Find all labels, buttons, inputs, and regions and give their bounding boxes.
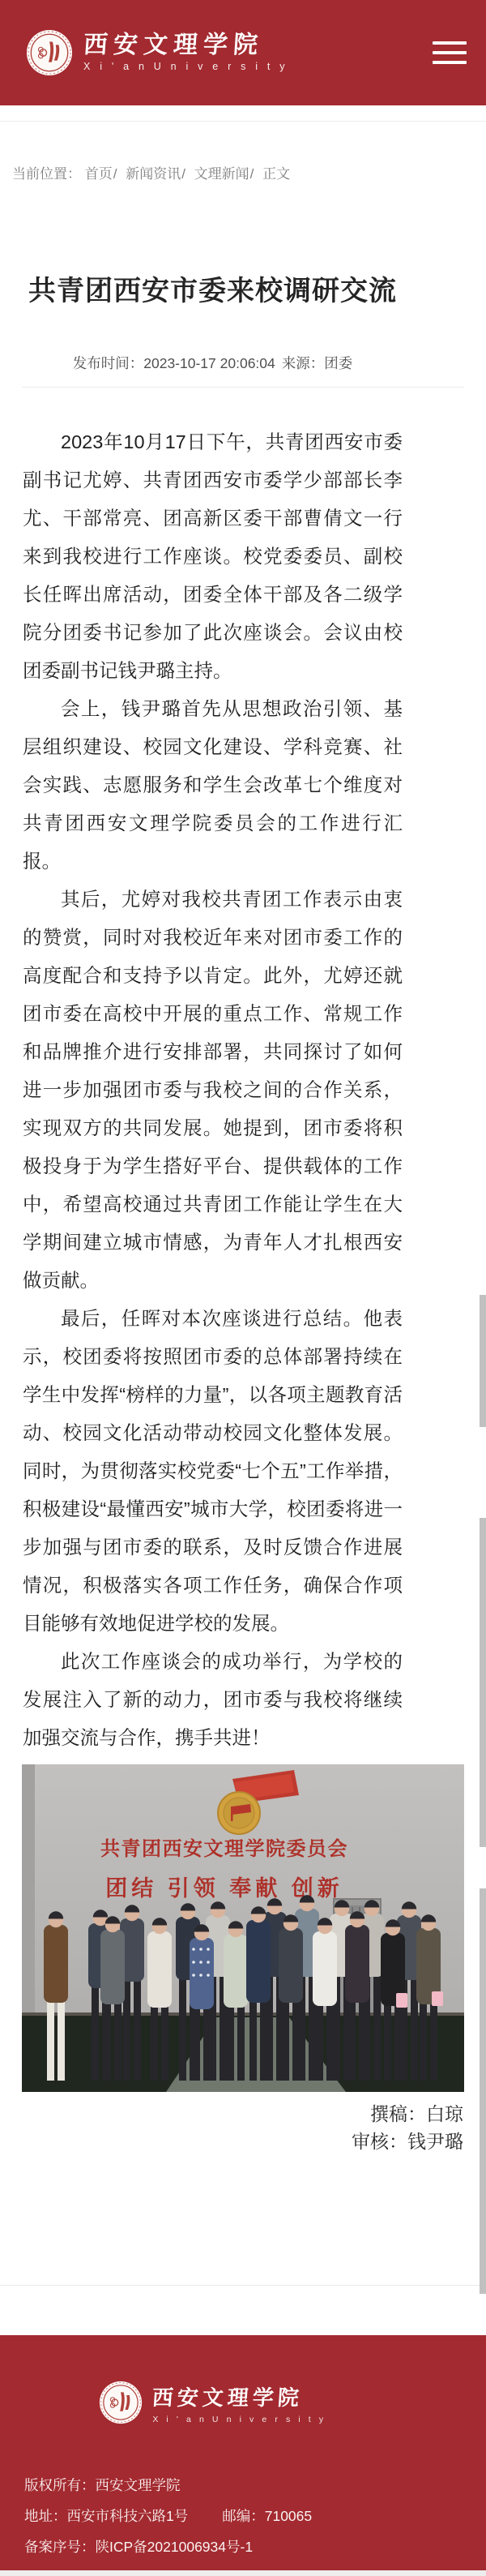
article-paragraph: 最后，任晖对本次座谈进行总结。他表示，校团委将按照团市委的总体部署持续在学生中发… bbox=[0, 1300, 425, 1643]
breadcrumb-section[interactable]: 文理新闻 bbox=[194, 166, 249, 182]
footer-university-name-en: X i ' a n U n i v e r s i t y bbox=[152, 2415, 326, 2424]
footer-copyright: 版权所有：西安文理学院 bbox=[24, 2470, 462, 2501]
scrollbar-thumb[interactable] bbox=[480, 1295, 486, 1427]
hamburger-bar bbox=[433, 61, 467, 64]
hamburger-bar bbox=[433, 41, 467, 45]
meta-divider bbox=[22, 387, 464, 388]
university-logo[interactable]: 西安文理学院 X i ' a n U n i v e r s i t y bbox=[26, 29, 288, 76]
header-divider bbox=[0, 105, 486, 122]
footer-address-line: 地址：西安市科技六路1号邮编：710065 bbox=[24, 2501, 462, 2531]
site-header: 西安文理学院 X i ' a n U n i v e r s i t y bbox=[0, 0, 486, 105]
hamburger-bar bbox=[433, 51, 467, 54]
university-seal-icon bbox=[99, 2381, 143, 2424]
icp-value: 陕ICP备2021006934号-1 bbox=[96, 2539, 254, 2555]
site-footer: 西安文理学院 X i ' a n U n i v e r s i t y 版权所… bbox=[0, 2335, 486, 2570]
article-body: 2023年10月17日下午，共青团西安市委副书记尤婷、共青团西安市委学少部部长李… bbox=[0, 423, 425, 1757]
attribution-author: 撰稿：白琼 bbox=[0, 2100, 463, 2128]
hamburger-menu-icon[interactable] bbox=[433, 41, 467, 64]
article-title: 共青团西安市委来校调研交流 bbox=[23, 271, 403, 311]
footer-icp-line: 备案序号：陕ICP备2021006934号-1 bbox=[24, 2531, 462, 2562]
reviewer-value: 钱尹璐 bbox=[407, 2131, 463, 2152]
source-label: 来源： bbox=[282, 355, 325, 371]
news-photo: 共青团西安文理学院委员会 团结 引领 奉献 创新 bbox=[22, 1764, 464, 2092]
footer-university-name-zh: 西安文理学院 bbox=[151, 2381, 327, 2411]
page-bottom-strip bbox=[0, 2570, 486, 2576]
university-name-zh: 西安文理学院 bbox=[83, 33, 289, 58]
address-value: 西安市科技六路1号 bbox=[67, 2508, 189, 2524]
university-name: 西安文理学院 X i ' a n U n i v e r s i t y bbox=[83, 33, 288, 72]
publish-time-value: 2023-10-17 20:06:04 bbox=[143, 355, 275, 371]
copyright-label: 版权所有： bbox=[24, 2477, 96, 2493]
article: 共青团西安市委来校调研交流 发布时间：2023-10-17 20:06:04来源… bbox=[0, 271, 425, 1757]
footer-logo[interactable]: 西安文理学院 X i ' a n U n i v e r s i t y bbox=[0, 2381, 425, 2424]
icp-label: 备案序号： bbox=[24, 2539, 96, 2555]
article-paragraph: 其后，尤婷对我校共青团工作表示由衷的赞赏，同时对我校近年来对团市委工作的高度配合… bbox=[0, 881, 425, 1300]
article-paragraph: 2023年10月17日下午，共青团西安市委副书记尤婷、共青团西安市委学少部部长李… bbox=[0, 423, 425, 690]
postcode-label: 邮编： bbox=[222, 2508, 265, 2524]
source-value: 团委 bbox=[324, 355, 352, 371]
attribution: 撰稿：白琼 审核：钱尹璐 bbox=[0, 2100, 463, 2155]
breadcrumb-separator: / bbox=[250, 166, 254, 182]
breadcrumb-home[interactable]: 首页 bbox=[85, 166, 113, 182]
reviewer-label: 审核： bbox=[352, 2131, 407, 2152]
university-name-en: X i ' a n U n i v e r s i t y bbox=[83, 62, 288, 72]
scrollbar-thumb[interactable] bbox=[480, 1518, 486, 1847]
footer-gap bbox=[0, 2286, 486, 2335]
breadcrumb-current: 正文 bbox=[262, 166, 290, 182]
breadcrumb: 当前位置： 首页/ 新闻资讯/ 文理新闻/ 正文 bbox=[12, 165, 486, 184]
copyright-value: 西安文理学院 bbox=[96, 2477, 181, 2493]
attribution-reviewer: 审核：钱尹璐 bbox=[0, 2128, 463, 2155]
breadcrumb-separator: / bbox=[181, 166, 185, 182]
breadcrumb-label: 当前位置： bbox=[12, 166, 81, 182]
footer-university-name: 西安文理学院 X i ' a n U n i v e r s i t y bbox=[152, 2381, 326, 2424]
photo-wall-title: 共青团西安文理学院委员会 bbox=[100, 1837, 348, 1860]
article-paragraph: 会上，钱尹璐首先从思想政治引领、基层组织建设、校园文化建设、学科竞赛、社会实践、… bbox=[0, 690, 425, 881]
page: 西安文理学院 X i ' a n U n i v e r s i t y 当前位… bbox=[0, 0, 486, 2576]
article-paragraph: 此次工作座谈会的成功举行，为学校的发展注入了新的动力，团市委与我校将继续加强交流… bbox=[0, 1643, 425, 1757]
author-label: 撰稿： bbox=[370, 2103, 426, 2124]
university-seal-icon bbox=[26, 29, 73, 76]
postcode-value: 710065 bbox=[265, 2508, 312, 2524]
breadcrumb-separator: / bbox=[113, 166, 117, 182]
breadcrumb-news[interactable]: 新闻资讯 bbox=[126, 166, 181, 182]
publish-time-label: 发布时间： bbox=[73, 355, 144, 371]
author-value: 白琼 bbox=[426, 2103, 463, 2124]
scrollbar-thumb[interactable] bbox=[480, 1888, 486, 2294]
article-meta: 发布时间：2023-10-17 20:06:04来源：团委 bbox=[23, 354, 403, 374]
address-label: 地址： bbox=[24, 2508, 67, 2524]
footer-info: 版权所有：西安文理学院 地址：西安市科技六路1号邮编：710065 备案序号：陕… bbox=[0, 2470, 486, 2562]
